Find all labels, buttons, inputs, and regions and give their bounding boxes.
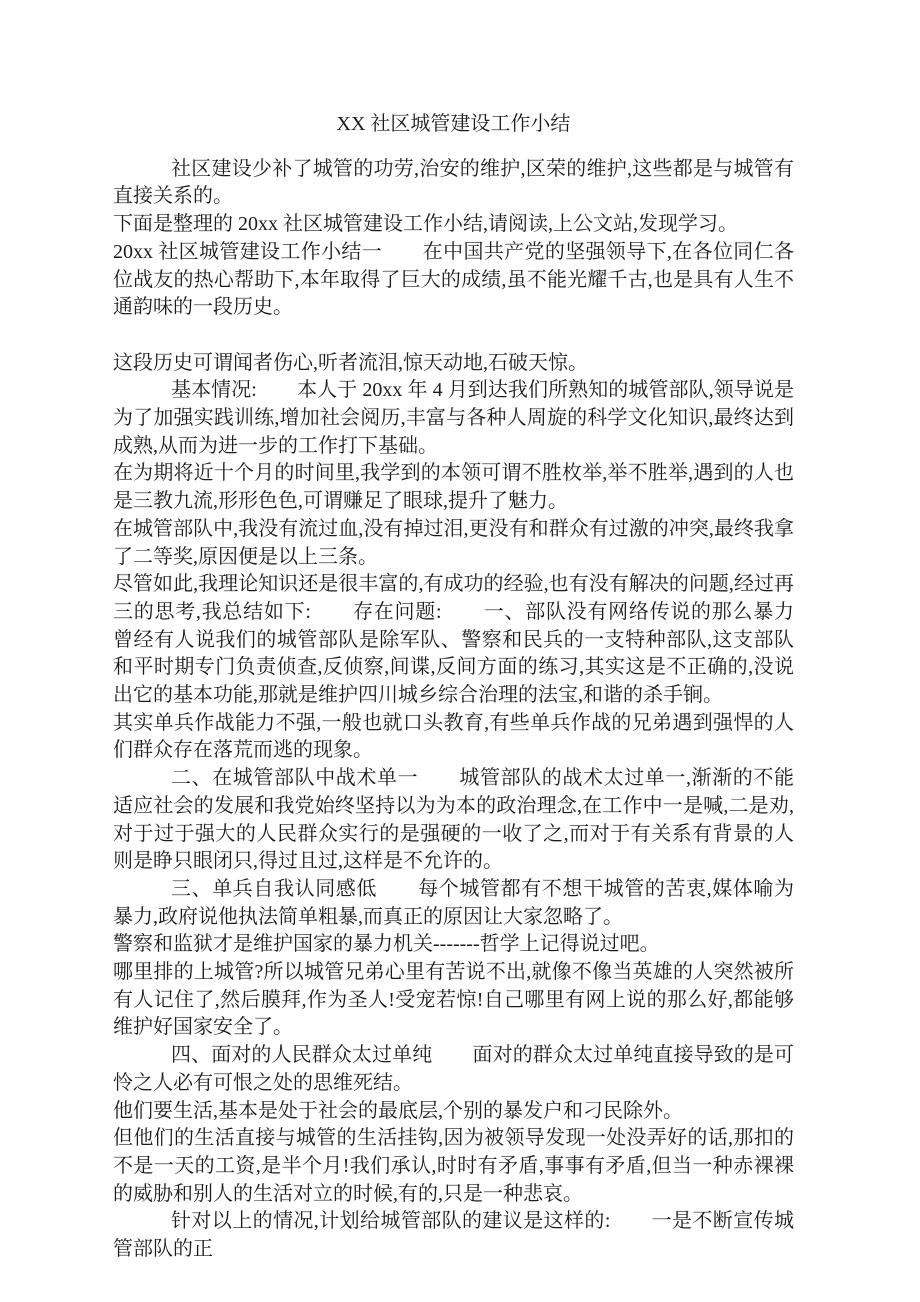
- paragraph: 哪里排的上城管?所以城管兄弟心里有苦说不出,就像不像当英雄的人突然被所有人记住了…: [113, 959, 794, 1042]
- paragraph: 二、在城管部队中战术单一 城管部队的战术太过单一,渐渐的不能适应社会的发展和我党…: [113, 765, 794, 876]
- paragraph: 尽管如此,我理论知识还是很丰富的,有成功的经验,也有没有解决的问题,经过再三的思…: [113, 571, 794, 710]
- document-page: XX 社区城管建设工作小结 社区建设少补了城管的功劳,治安的维护,区荣的维护,这…: [0, 0, 920, 1302]
- paragraph: 但他们的生活直接与城管的生活挂钩,因为被领导发现一处没弄好的话,那扣的不是一天的…: [113, 1125, 794, 1208]
- document-title: XX 社区城管建设工作小结: [113, 111, 794, 139]
- blank-line: [113, 322, 794, 350]
- paragraph: 其实单兵作战能力不强,一般也就口头教育,有些单兵作战的兄弟遇到强悍的人们群众存在…: [113, 710, 794, 765]
- paragraph: 四、面对的人民群众太过单纯 面对的群众太过单纯直接导致的是可怜之人必有可恨之处的…: [113, 1042, 794, 1097]
- paragraph: 在城管部队中,我没有流过血,没有掉过泪,更没有和群众有过激的冲突,最终我拿了二等…: [113, 516, 794, 571]
- paragraph: 针对以上的情况,计划给城管部队的建议是这样的: 一是不断宣传城管部队的正: [113, 1208, 794, 1263]
- paragraph: 这段历史可谓闻者伤心,听者流泪,惊天动地,石破天惊。: [113, 350, 794, 378]
- paragraph: 在为期将近十个月的时间里,我学到的本领可谓不胜枚举,举不胜举,遇到的人也是三教九…: [113, 460, 794, 515]
- paragraph: 20xx 社区城管建设工作小结一 在中国共产党的坚强领导下,在各位同仁各位战友的…: [113, 239, 794, 322]
- paragraph: 基本情况: 本人于 20xx 年 4 月到达我们所熟知的城管部队,领导说是为了加…: [113, 377, 794, 460]
- paragraph: 三、单兵自我认同感低 每个城管都有不想干城管的苦衷,媒体喻为暴力,政府说他执法简…: [113, 876, 794, 931]
- paragraph: 下面是整理的 20xx 社区城管建设工作小结,请阅读,上公文站,发现学习。: [113, 211, 794, 239]
- paragraph: 社区建设少补了城管的功劳,治安的维护,区荣的维护,这些都是与城管有直接关系的。: [113, 156, 794, 211]
- paragraph: 警察和监狱才是维护国家的暴力机关-------哲学上记得说过吧。: [113, 931, 794, 959]
- paragraph: 他们要生活,基本是处于社会的最底层,个别的暴发户和刁民除外。: [113, 1098, 794, 1126]
